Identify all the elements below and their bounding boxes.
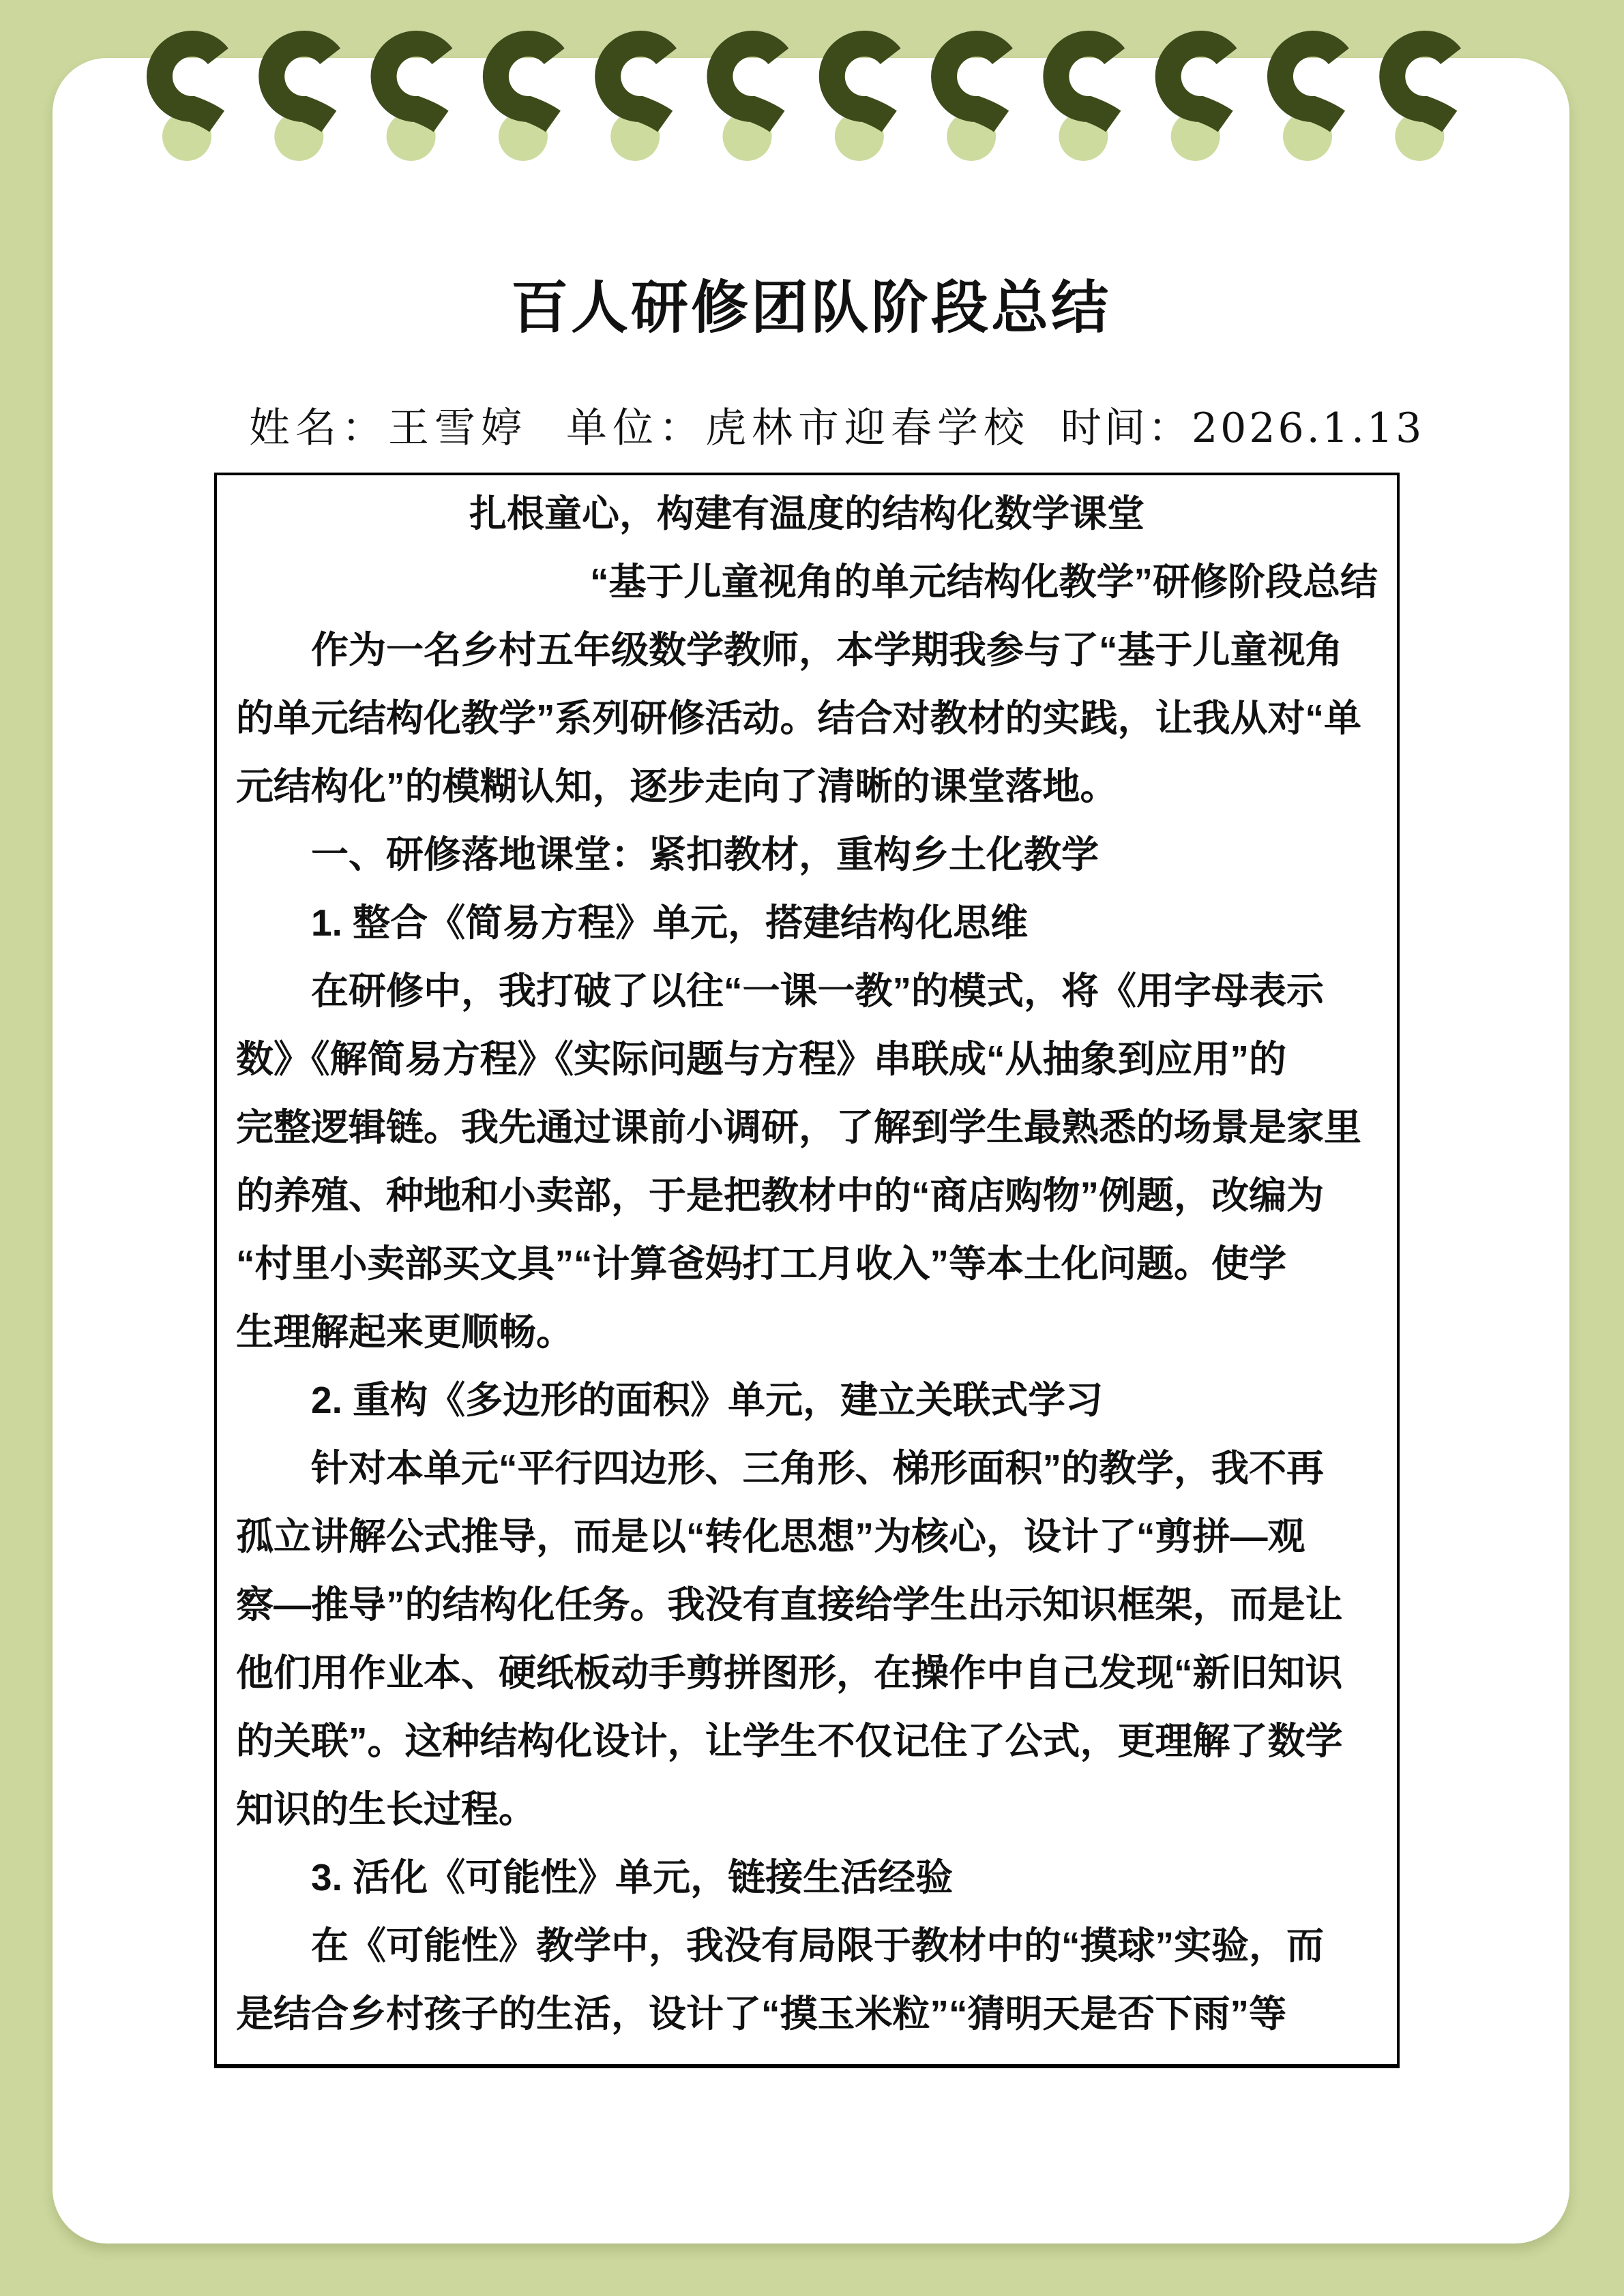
text-line: “村里小卖部买文具”“计算爸妈打工月收入”等本土化问题。使学 [236,1229,1378,1298]
text-line: 的单元结构化教学”系列研修活动。结合对教材的实践，让我从对“单 [236,684,1378,752]
text-line: 1. 整合《简易方程》单元，搭建结构化思维 [236,889,1378,957]
box-lines: 扎根童心，构建有温度的结构化数学课堂“基于儿童视角的单元结构化教学”研修阶段总结… [236,479,1378,2048]
notebook-canvas: 百人研修团队阶段总结 姓名：王雪婷 单位：虎林市迎春学校 时间：2026.1.1… [0,0,1624,2296]
text-line: 扎根童心，构建有温度的结构化数学课堂 [236,479,1378,548]
text-line: 一、研修落地课堂：紧扣教材，重构乡土化教学 [236,820,1378,889]
info-date: 时间：2026.1.13 [1061,401,1424,456]
text-line: 是结合乡村孩子的生活，设计了“摸玉米粒”“猜明天是否下雨”等 [236,1980,1378,2048]
text-line: 在《可能性》教学中，我没有局限于教材中的“摸球”实验，而 [236,1911,1378,1980]
info-name: 姓名：王雪婷 [249,401,527,456]
page-title: 百人研修团队阶段总结 [53,271,1569,346]
text-line: 完整逻辑链。我先通过课前小调研，了解到学生最熟悉的场景是家里 [236,1093,1378,1161]
text-line: 的养殖、种地和小卖部，于是把教材中的“商店购物”例题，改编为 [236,1161,1378,1229]
text-line: 数》《解简易方程》《实际问题与方程》串联成“从抽象到应用”的 [236,1025,1378,1093]
text-line: 作为一名乡村五年级数学教师，本学期我参与了“基于儿童视角 [236,616,1378,684]
info-line: 姓名：王雪婷 单位：虎林市迎春学校 时间：2026.1.13 [0,401,1624,456]
content-box: 扎根童心，构建有温度的结构化数学课堂“基于儿童视角的单元结构化教学”研修阶段总结… [214,473,1400,2068]
text-line: 在研修中，我打破了以往“一课一教”的模式，将《用字母表示 [236,957,1378,1025]
text-line: 3. 活化《可能性》单元，链接生活经验 [236,1843,1378,1911]
text-line: 生理解起来更顺畅。 [236,1298,1378,1366]
text-line: 元结构化”的模糊认知，逐步走向了清晰的课堂落地。 [236,752,1378,820]
text-line: 的关联”。这种结构化设计，让学生不仅记住了公式，更理解了数学 [236,1707,1378,1775]
text-line: 针对本单元“平行四边形、三角形、梯形面积”的教学，我不再 [236,1434,1378,1502]
text-line: 知识的生长过程。 [236,1775,1378,1843]
text-line: 他们用作业本、硬纸板动手剪拼图形，在操作中自己发现“新旧知识 [236,1639,1378,1707]
text-line: 孤立讲解公式推导，而是以“转化思想”为核心，设计了“剪拼—观 [236,1502,1378,1570]
text-line: 2. 重构《多边形的面积》单元，建立关联式学习 [236,1366,1378,1434]
text-line: 察—推导”的结构化任务。我没有直接给学生出示知识框架，而是让 [236,1570,1378,1639]
text-line: “基于儿童视角的单元结构化教学”研修阶段总结 [236,548,1378,616]
info-unit: 单位：虎林市迎春学校 [566,401,1030,456]
